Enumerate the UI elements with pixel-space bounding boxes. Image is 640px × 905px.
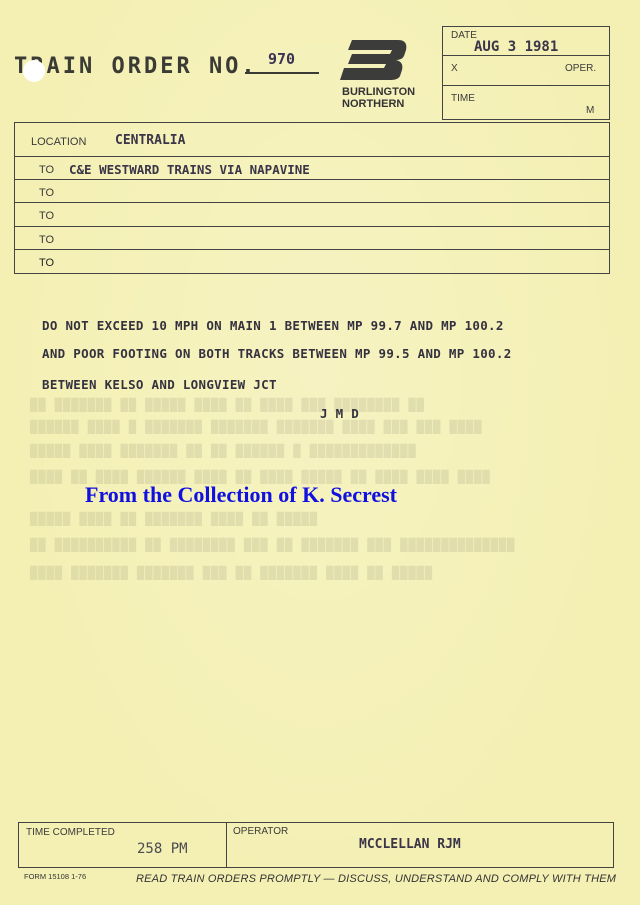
- railroad-name: BURLINGTON NORTHERN: [342, 86, 415, 110]
- dispatcher-initials: J M D: [320, 406, 359, 421]
- location-value: CENTRALIA: [115, 133, 185, 148]
- operator-value: MCCLELLAN RJM: [359, 837, 461, 852]
- x-label: X: [451, 63, 458, 74]
- to-label: TO: [39, 210, 54, 222]
- to-value: C&E WESTWARD TRAINS VIA NAPAVINE: [69, 162, 310, 177]
- bleed-through-text: ██ ██████████ ██ ████████ ███ ██ ███████…: [30, 538, 620, 552]
- date-time-box: DATE AUG 3 1981 X OPER. TIME M: [442, 26, 610, 120]
- to-row: TO: [15, 179, 609, 180]
- collection-watermark: From the Collection of K. Secrest: [85, 482, 397, 508]
- order-text-line: BETWEEN KELSO AND LONGVIEW JCT: [42, 377, 277, 392]
- time-completed-label: TIME COMPLETED: [26, 827, 115, 838]
- time-label: TIME: [451, 93, 475, 104]
- to-label: TO: [39, 164, 54, 176]
- address-block: LOCATION CENTRALIA TO C&E WESTWARD TRAIN…: [14, 122, 610, 274]
- order-text-line: AND POOR FOOTING ON BOTH TRACKS BETWEEN …: [42, 346, 512, 361]
- date-value: AUG 3 1981: [474, 39, 558, 55]
- time-suffix: M: [586, 105, 594, 116]
- railroad-name-line1: BURLINGTON: [342, 86, 415, 98]
- date-row: DATE AUG 3 1981: [443, 27, 609, 56]
- to-label: TO: [39, 234, 54, 246]
- oper-label: OPER.: [565, 63, 596, 74]
- completion-box: TIME COMPLETED 258 PM OPERATOR MCCLELLAN…: [18, 822, 614, 868]
- bleed-through-text: ████ ███████ ███████ ███ ██ ███████ ████…: [30, 566, 620, 580]
- bleed-through-text: █████ ████ ██ ███████ ████ ██ █████: [30, 512, 620, 526]
- order-number-line: [245, 72, 319, 74]
- oper-row: X OPER.: [443, 55, 609, 86]
- to-row: TO: [15, 226, 609, 227]
- footer-divider: [226, 823, 227, 867]
- bleed-through-text: █████ ████ ███████ ██ ██ ██████ █ ██████…: [30, 444, 620, 458]
- to-row: TO C&E WESTWARD TRAINS VIA NAPAVINE: [15, 156, 609, 157]
- operator-label: OPERATOR: [233, 826, 288, 837]
- order-number: 970: [268, 50, 295, 68]
- location-label: LOCATION: [31, 136, 86, 148]
- form-title: TRAIN ORDER NO.: [14, 54, 258, 79]
- footer-motto: READ TRAIN ORDERS PROMPTLY — DISCUSS, UN…: [136, 873, 616, 885]
- to-row: TO: [15, 202, 609, 203]
- railroad-name-line2: NORTHERN: [342, 98, 415, 110]
- to-row: TO: [15, 249, 609, 250]
- order-text-line: DO NOT EXCEED 10 MPH ON MAIN 1 BETWEEN M…: [42, 318, 504, 333]
- bleed-through-text: ██████ ████ █ ███████ ███████ ███████ ██…: [30, 420, 620, 434]
- to-label: TO: [39, 187, 54, 199]
- to-label: TO: [39, 257, 54, 269]
- punch-hole: [23, 60, 45, 82]
- time-completed-value: 258 PM: [137, 841, 188, 857]
- bn-logo-icon: [340, 40, 410, 80]
- form-number: FORM 15108 1-76: [24, 872, 86, 881]
